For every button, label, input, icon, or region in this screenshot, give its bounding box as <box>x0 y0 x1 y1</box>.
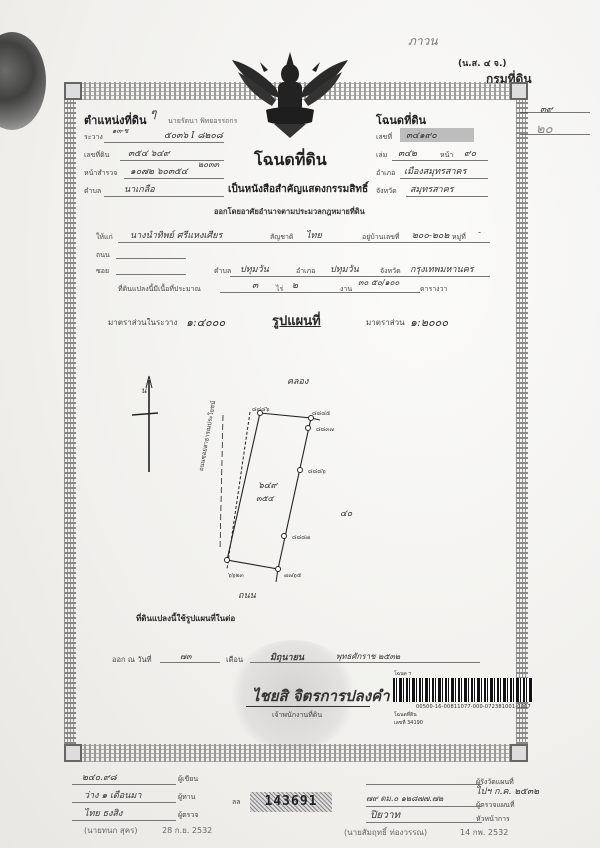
sheet-scale-value: ๑:๔๐๐๐ <box>186 313 225 331</box>
parcel-no-value: ๓๕๔ ๖๔๙ <box>128 146 170 160</box>
footer-right-stamp-date: 14 กพ. 2532 <box>460 826 508 839</box>
amphoe-value: ปทุมวัน <box>330 262 359 276</box>
owner-name: นางนำทิพย์ ศรีแหงเศียร <box>130 228 222 242</box>
margin-note-2: ๒๐ <box>536 118 553 139</box>
address-value: ๒๐๐-๒๐๒ <box>412 228 449 242</box>
serial-number: 143691 <box>250 792 332 812</box>
parcel-map-sketch <box>120 360 380 610</box>
sheet-office-note: นายรัตนา พิทยอรรถกร <box>168 116 237 127</box>
subdistrict-label: ตำบล <box>84 186 101 197</box>
sheet-value: ๕๐๓๖ I ๘๒๐๘ <box>164 128 223 142</box>
nationality-value: ไทย <box>306 228 322 242</box>
official-title: เจ้าพนักงานที่ดิน <box>272 710 322 721</box>
continuation-note: ที่ดินแปลงนี้ใช้รูปแผนที่ในต่อ <box>136 612 235 625</box>
parcel-no-label: เลขที่ดิน <box>84 150 109 161</box>
deed-main-title: โฉนดที่ดิน <box>254 148 327 173</box>
scale-value: ๑:๒๐๐๐ <box>410 313 448 331</box>
tambon-value: ปทุมวัน <box>240 262 269 276</box>
deed-no-value: ๓๔๑๙๐ <box>400 128 474 142</box>
road-label: ถนน <box>96 250 110 261</box>
barcode-ref: เลขที่ 34190 <box>394 719 423 727</box>
footer-chief-label: หัวหน้าการ <box>476 814 510 825</box>
area-sqwa-label: ตารางวา <box>420 284 447 295</box>
margin-note-1: ๓๙ <box>540 102 553 116</box>
district-label: อำเภอ <box>376 168 395 179</box>
footer-left-stamp-name: (นายทนก สุคร) <box>84 824 138 837</box>
footer-chief-sign: ปิยวาท <box>370 808 400 823</box>
marker-4: ๘๘๘๖ <box>308 466 326 476</box>
scale-label: มาตราส่วน <box>366 316 405 329</box>
area-rai-value: ๓ <box>252 278 258 292</box>
volume-value: ๓๔๒ <box>398 146 417 160</box>
footer-writer-sign: ๒๔๐.๙๘ <box>82 770 117 784</box>
footer-map-inspector-sign: ๗๙ ตม.๐ ๑๒๘๗๗.๗๒ <box>366 792 443 805</box>
marker-2: ๘๘๘๕ <box>312 408 330 418</box>
area-ngan-label: งาน <box>340 284 352 295</box>
deed-issued-by: ออกโดยอาศัยอำนาจตามประมวลกฎหมายที่ดิน <box>214 206 365 218</box>
soi-label: ซอย <box>96 266 109 277</box>
footer-right-handnote: ไปฯ ก.ค. ๒๕๓๒ <box>476 784 539 798</box>
map-top-neighbor: คลอง <box>287 374 308 388</box>
footer-inspector-sign: ไทย ธงสิง <box>84 806 122 820</box>
owner-province-value: กรุงเทพมหานคร <box>410 262 474 276</box>
deed-subtitle: เป็นหนังสือสำคัญแสดงกรรมสิทธิ์ <box>228 182 368 197</box>
sheet-label: ระวาง <box>84 132 103 143</box>
barcode-number: 00500-16-00811077-000-072381001-0007 <box>416 704 531 710</box>
page-value: ๙๐ <box>464 146 476 160</box>
sheet-scale-label: มาตราส่วนในระวาง <box>108 316 177 329</box>
deed-heading-right: โฉนดที่ดิน <box>376 111 426 129</box>
barcode-caption-bottom: โฉนดที่ดิน <box>394 711 417 719</box>
partial-seal-stamp <box>0 32 46 130</box>
barcode-caption-top: โฉนด ฯ <box>394 670 411 678</box>
subdistrict-value: นาเกลือ <box>124 182 155 196</box>
form-code: (น.ส. ๔ จ.) <box>458 56 506 70</box>
area-ngan-value: ๒ <box>292 278 298 292</box>
survey-page-label: หน้าสำรวจ <box>84 168 117 179</box>
top-handwritten-note: ภาวน <box>408 32 438 51</box>
map-parcel-code: ๓๕๔ <box>256 492 274 505</box>
owner-to-label: ให้แก่ <box>96 232 113 243</box>
marker-3: ๘๘๓๗ <box>316 424 334 434</box>
survey-page-extra: ๒๐๓๓ <box>198 158 219 171</box>
footer-left-stamp-date: 28 ก.ย. 2532 <box>162 824 212 837</box>
map-title: รูปแผนที่ <box>272 310 321 331</box>
footer-writer-label: ผู้เขียน <box>178 774 198 785</box>
province-value: สมุทรสาคร <box>410 182 454 196</box>
area-label: ที่ดินแปลงนี้มีเนื้อที่ประมาณ <box>118 284 201 295</box>
deed-no-label: เลขที่ <box>376 132 392 143</box>
serial-label: ลล <box>232 797 241 808</box>
issue-given-label: ออก ณ วันที่ <box>112 654 152 666</box>
map-parcel-no: ๖๔๙ <box>258 478 277 492</box>
barcode <box>393 678 533 702</box>
moo-value: - <box>478 228 481 238</box>
map-bottom-neighbor: ถนน <box>238 588 256 602</box>
north-label: น <box>141 384 146 397</box>
area-sqwa-value: ๓๐ ๕๐/๑๐๐ <box>358 276 399 289</box>
area-rai-label: ไร่ <box>276 284 283 295</box>
volume-label: เล่ม <box>376 150 387 161</box>
footer-checker-label: ผู้ทาน <box>178 792 195 803</box>
garuda-emblem-icon <box>228 48 352 140</box>
footer-inspector-label: ผู้ตรวจ <box>178 810 198 821</box>
handwritten-mark: ๆ <box>150 104 156 123</box>
land-title-deed: ภาวน (น.ส. ๔ จ.) กรมที่ดิน ๓๙ ๒๐ ตำแหน่ง… <box>0 0 600 848</box>
marker-1: ๘๘๔๖ <box>252 404 270 414</box>
official-signature: ไชยสิ จิตรการปลงคำ <box>252 684 390 708</box>
map-right-neighbor: ๔๐ <box>340 506 352 520</box>
marker-6: ๗๗๖๕ <box>284 570 301 580</box>
tambon-label: ตำบล <box>214 266 231 277</box>
footer-checker-sign: ว่าง ๑ เดือนมา <box>84 788 141 802</box>
sheet-prefix-value: ๑๓-ช <box>112 126 128 137</box>
marker-7: ๖๖๒๓ <box>228 570 244 580</box>
survey-page-value: ๑๐๗๒ ๖๐๓๕๔ <box>130 164 188 178</box>
province-label: จังหวัด <box>376 186 397 197</box>
marker-5: ๘๘๘๗ <box>292 532 310 542</box>
footer-right-stamp-name: (นายสัมฤทธิ์ ท่องวรรณ) <box>344 826 427 839</box>
district-value: เมืองสมุทรสาคร <box>404 164 466 178</box>
